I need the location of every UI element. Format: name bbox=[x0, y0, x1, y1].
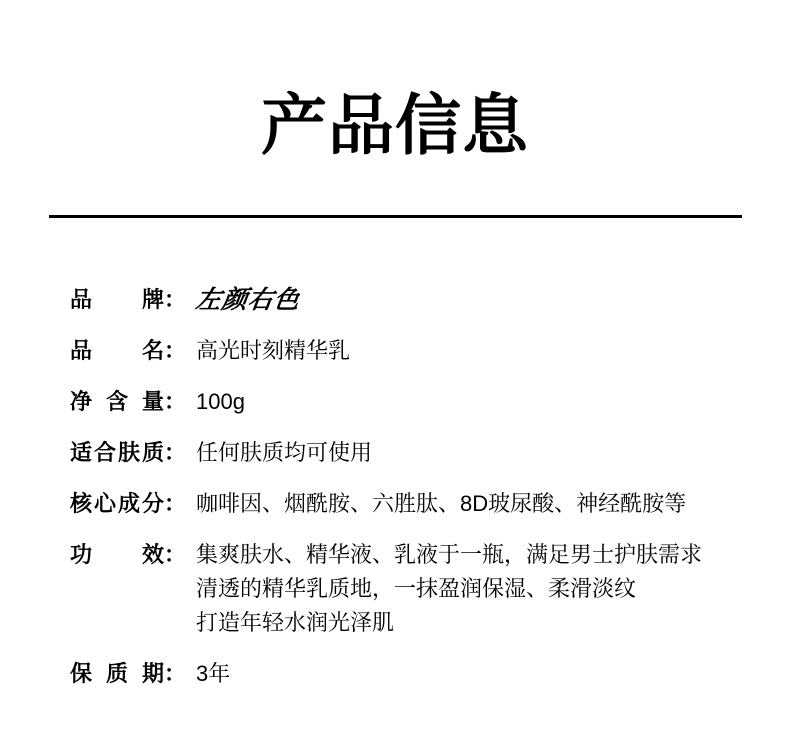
spec-value-line: 清透的精华乳质地，一抹盈润保湿、柔滑淡纹 bbox=[196, 572, 702, 606]
spec-row-key-ingredients: 核心成分：咖啡因、烟酰胺、六胜肽、8D玻尿酸、神经酰胺等 bbox=[70, 487, 790, 521]
spec-label-key-ingredients: 核心成分 bbox=[70, 487, 164, 521]
spec-value-line: 打造年轻水润光泽肌 bbox=[196, 606, 702, 640]
spec-colon: ： bbox=[164, 487, 186, 521]
spec-row-product-name: 品名：高光时刻精华乳 bbox=[70, 334, 790, 368]
spec-label-brand: 品牌 bbox=[70, 283, 164, 317]
spec-list: 品牌：左颜右色品名：高光时刻精华乳净含量：100g适合肤质：任何肤质均可使用核心… bbox=[70, 283, 790, 691]
page-title: 产品信息 bbox=[0, 0, 790, 158]
spec-colon: ： bbox=[164, 657, 186, 691]
spec-label-skin-type: 适合肤质 bbox=[70, 436, 164, 470]
spec-value-net-content: 100g bbox=[196, 385, 245, 419]
spec-value-brand: 左颜右色 bbox=[194, 283, 303, 317]
spec-label-effects: 功效 bbox=[70, 538, 164, 572]
spec-value-shelf-life: 3年 bbox=[196, 657, 230, 691]
spec-value-effects: 集爽肤水、精华液、乳液于一瓶，满足男士护肤需求清透的精华乳质地，一抹盈润保湿、柔… bbox=[196, 538, 702, 640]
spec-colon: ： bbox=[164, 385, 186, 419]
spec-value-key-ingredients: 咖啡因、烟酰胺、六胜肽、8D玻尿酸、神经酰胺等 bbox=[196, 487, 686, 521]
spec-row-effects: 功效：集爽肤水、精华液、乳液于一瓶，满足男士护肤需求清透的精华乳质地，一抹盈润保… bbox=[70, 538, 790, 640]
spec-label-net-content: 净含量 bbox=[70, 385, 164, 419]
spec-row-shelf-life: 保质期：3年 bbox=[70, 657, 790, 691]
title-divider bbox=[49, 215, 742, 218]
spec-row-net-content: 净含量：100g bbox=[70, 385, 790, 419]
spec-colon: ： bbox=[164, 436, 186, 470]
spec-label-product-name: 品名 bbox=[70, 334, 164, 368]
spec-label-shelf-life: 保质期 bbox=[70, 657, 164, 691]
spec-row-skin-type: 适合肤质：任何肤质均可使用 bbox=[70, 436, 790, 470]
spec-value-skin-type: 任何肤质均可使用 bbox=[196, 436, 372, 470]
spec-colon: ： bbox=[164, 334, 186, 368]
spec-value-product-name: 高光时刻精华乳 bbox=[196, 334, 350, 368]
spec-row-brand: 品牌：左颜右色 bbox=[70, 283, 790, 317]
spec-value-line: 集爽肤水、精华液、乳液于一瓶，满足男士护肤需求 bbox=[196, 538, 702, 572]
spec-colon: ： bbox=[164, 283, 186, 317]
spec-colon: ： bbox=[164, 538, 186, 572]
product-info-section: 产品信息 品牌：左颜右色品名：高光时刻精华乳净含量：100g适合肤质：任何肤质均… bbox=[0, 0, 790, 735]
